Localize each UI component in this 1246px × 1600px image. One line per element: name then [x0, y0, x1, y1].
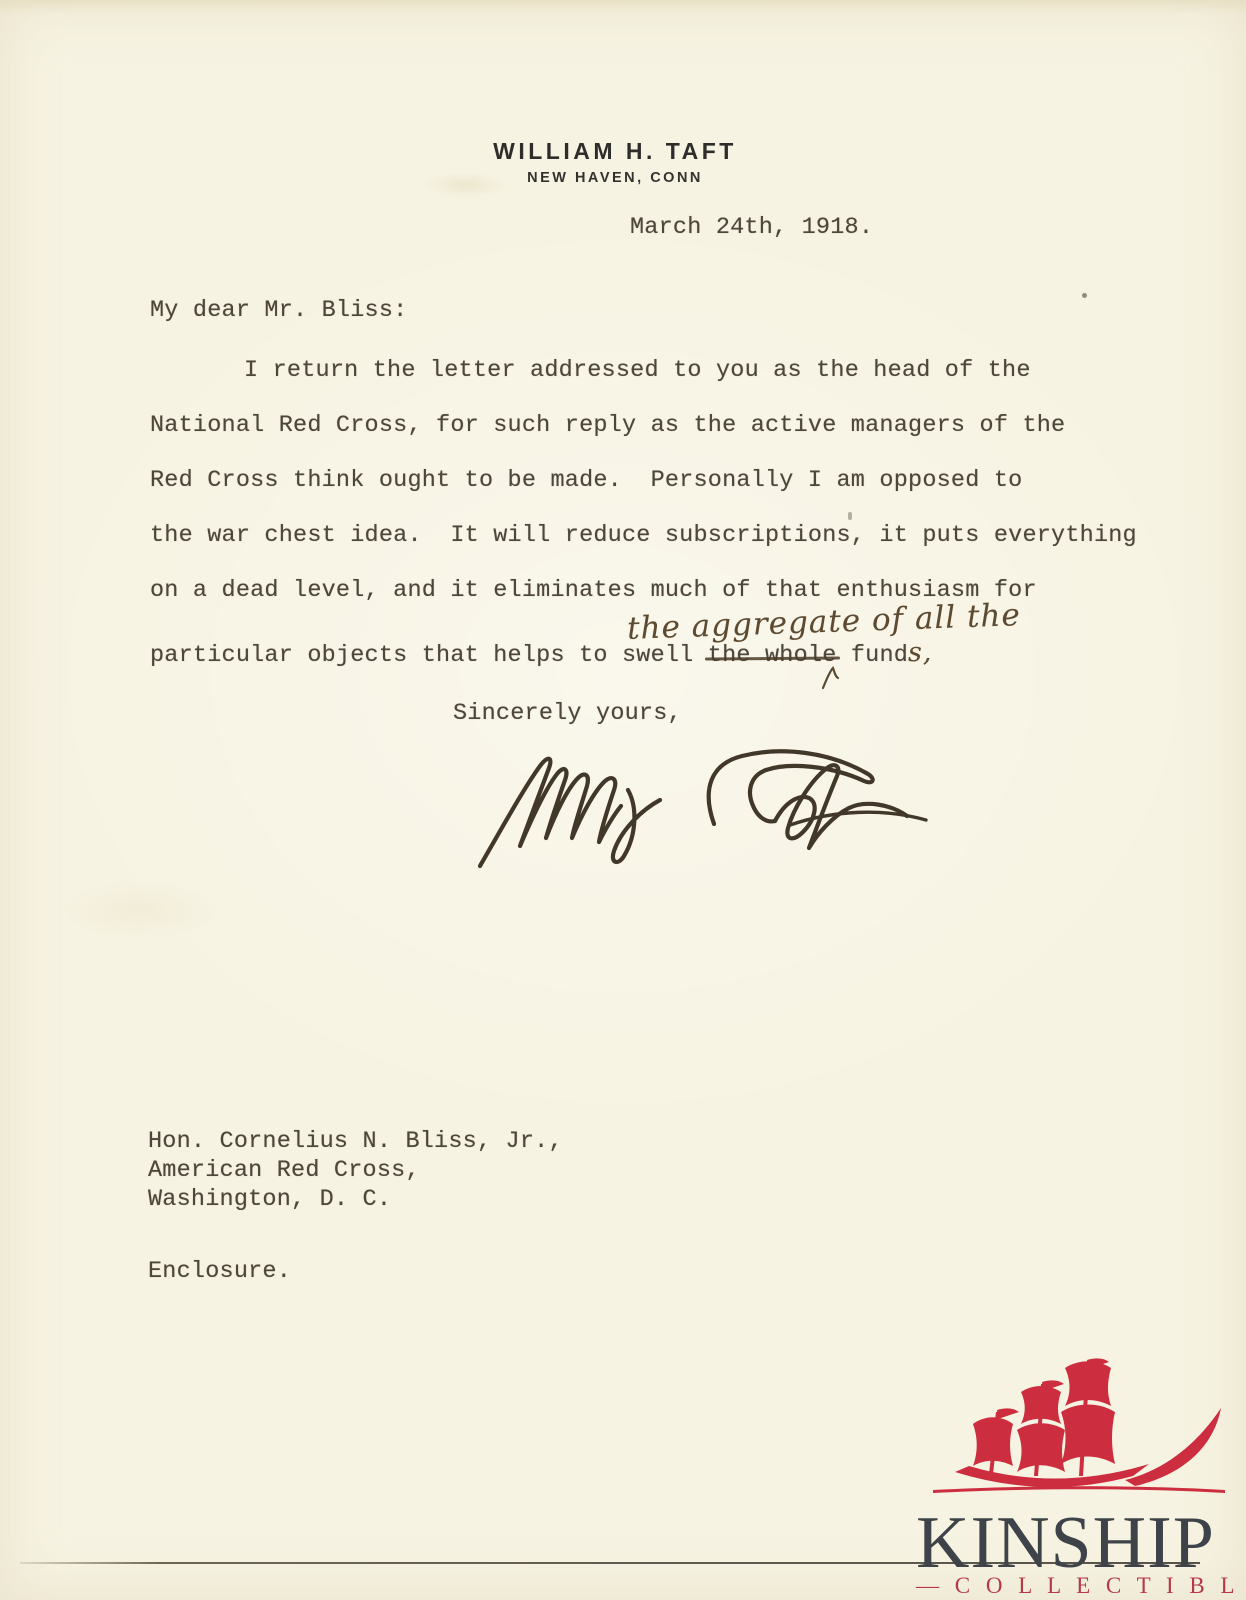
recipient-line: Hon. Cornelius N. Bliss, Jr., [148, 1128, 563, 1155]
letter-document: WILLIAM H. TAFT NEW HAVEN, CONN March 24… [0, 0, 1246, 1600]
final-line-prefix: particular objects that helps to swell [150, 642, 708, 669]
closing: Sincerely yours, [453, 700, 682, 727]
body-final-line: particular objects that helps to swell t… [150, 637, 933, 669]
enclosure-note: Enclosure. [148, 1258, 291, 1285]
recipient-line: Washington, D. C. [148, 1186, 391, 1213]
handwritten-addition: s, [908, 637, 932, 668]
paper-speck [1082, 293, 1087, 298]
body-line: I return the letter addressed to you as … [244, 357, 1031, 384]
final-line-suffix: fund [837, 642, 909, 669]
tall-ship-icon [925, 1352, 1237, 1524]
caret-mark [820, 666, 842, 690]
watermark-brand: KINSHIP [916, 1506, 1215, 1580]
struck-text: the whole [708, 642, 837, 669]
watermark-subtitle: — C O L L E C T I B L E S — [916, 1574, 1246, 1597]
paper-stain [60, 880, 220, 940]
letterhead-name: WILLIAM H. TAFT [425, 138, 805, 165]
letterhead-city: NEW HAVEN, CONN [425, 170, 805, 186]
date-line: March 24th, 1918. [630, 214, 873, 241]
body-line: the war chest idea. It will reduce subsc… [150, 522, 1137, 549]
ink-strikethrough [705, 656, 840, 660]
body-line: on a dead level, and it eliminates much … [150, 577, 1037, 604]
body-line: National Red Cross, for such reply as th… [150, 412, 1065, 439]
signature-wm-h-taft [452, 726, 947, 884]
body-line: Red Cross think ought to be made. Person… [150, 467, 1022, 494]
paper-speck [848, 512, 852, 520]
recipient-line: American Red Cross, [148, 1157, 420, 1184]
salutation: My dear Mr. Bliss: [150, 297, 407, 324]
